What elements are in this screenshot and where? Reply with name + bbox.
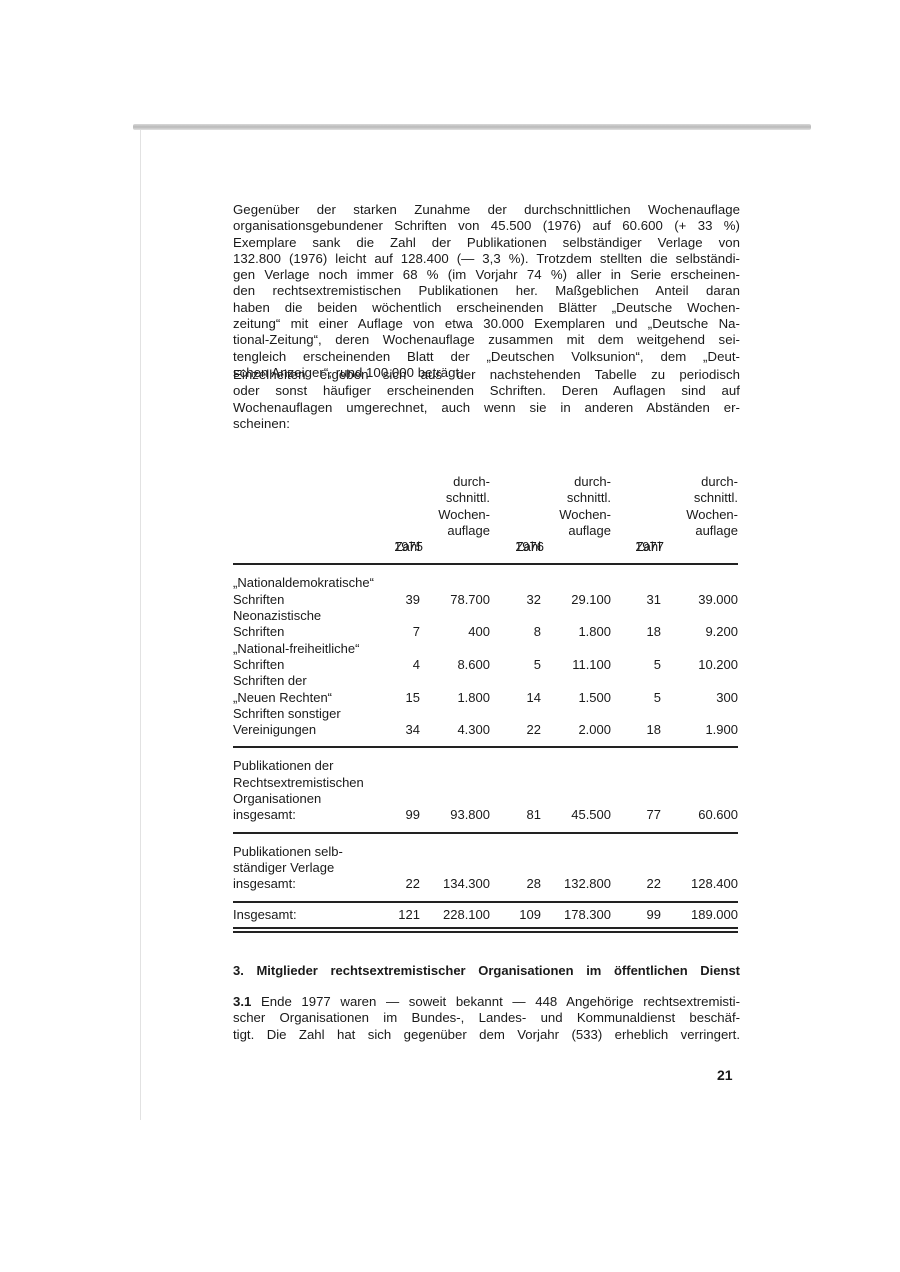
row-label-line: Vereinigungen — [233, 722, 383, 738]
row-label-line: Organisationen — [233, 791, 383, 807]
header-line: schnittl. — [541, 490, 611, 506]
text-line: gen Verlage noch immer 68 % (im Vorjahr … — [233, 267, 740, 283]
text-line: haben die beiden wöchentlich erscheinend… — [233, 300, 740, 316]
text-line: 132.800 (1976) leicht auf 128.400 (— 3,3… — [233, 251, 740, 267]
zahl-value: 22 — [490, 706, 541, 739]
row-label: Publikationen derRechtsextremistischenOr… — [233, 758, 383, 823]
table-row: Schriften der„Neuen Rechten“151.800141.5… — [233, 673, 738, 706]
row-label: Schriften der„Neuen Rechten“ — [233, 673, 383, 706]
table-row: Publikationen derRechtsextremistischenOr… — [233, 758, 738, 823]
auflage-value: 78.700 — [420, 575, 490, 608]
auflage-value: 29.100 — [541, 575, 611, 608]
zahl-value: 22 — [383, 844, 420, 893]
auflage-value: 1.800 — [541, 608, 611, 641]
auflage-value: 300 — [661, 673, 738, 706]
header-label-cell — [233, 474, 383, 555]
auflage-value: 132.800 — [541, 844, 611, 893]
section-paragraph: 3.1 Ende 1977 waren — soweit bekannt — 4… — [233, 994, 740, 1043]
zahl-value: 22 — [611, 844, 661, 893]
text-line: Einzelheiten ergeben sich aus der nachst… — [233, 367, 740, 383]
text-line: 3.1 Ende 1977 waren — soweit bekannt — 4… — [233, 994, 740, 1010]
sub-section-number: 3.1 — [233, 994, 251, 1009]
text-line: zeitung“ mit einer Auflage von etwa 30.0… — [233, 316, 740, 332]
text-line: scheinen: — [233, 416, 740, 432]
zahl-value: 5 — [490, 641, 541, 674]
header-line: auflage — [541, 523, 611, 539]
text-line: tigt. Die Zahl hat sich gegenüber dem Vo… — [233, 1027, 740, 1043]
auflage-total: 178.300 — [541, 907, 611, 923]
zahl-value: 5 — [611, 673, 661, 706]
zahl-value: 5 — [611, 641, 661, 674]
auflage-value: 134.300 — [420, 844, 490, 893]
row-label-line: Schriften — [233, 657, 383, 673]
zahl-total: 99 — [611, 907, 661, 923]
row-label-line: Schriften sonstiger — [233, 706, 383, 722]
row-label-line: Publikationen der — [233, 758, 383, 774]
auflage-value: 400 — [420, 608, 490, 641]
header-year: 1975 — [394, 539, 490, 555]
row-label-line: insgesamt: — [233, 807, 383, 823]
page-number: 21 — [717, 1067, 733, 1083]
auflage-value: 11.100 — [541, 641, 611, 674]
zahl-value: 4 — [383, 641, 420, 674]
table-header-row: Zahldurch-schnittl.Wochen-auflage1975Zah… — [233, 474, 738, 555]
text-line: tional-Zeitung“, deren Wochenauflage zus… — [233, 332, 740, 348]
auflage-total: 228.100 — [420, 907, 490, 923]
header-auflage: durch-schnittl.Wochen-auflage1975 — [420, 474, 490, 555]
row-label-line: insgesamt: — [233, 876, 383, 892]
table-total-row: Insgesamt:121228.100109178.30099189.000 — [233, 907, 738, 923]
table-row: „Nationaldemokratische“Schriften3978.700… — [233, 575, 738, 608]
text-line: tengleich erscheinenden Blatt der „Deuts… — [233, 349, 740, 365]
row-label-line: „Neuen Rechten“ — [233, 690, 383, 706]
zahl-value: 7 — [383, 608, 420, 641]
header-line: auflage — [661, 523, 738, 539]
header-line: Wochen- — [541, 507, 611, 523]
auflage-value: 1.900 — [661, 706, 738, 739]
header-auflage: durch-schnittl.Wochen-auflage1977 — [661, 474, 738, 555]
header-year: 1977 — [635, 539, 738, 555]
text-line: scher Organisationen im Bundes-, Landes-… — [233, 1010, 740, 1026]
header-line: durch- — [661, 474, 738, 490]
text-line: den rechtsextremistischen Publikationen … — [233, 283, 740, 299]
auflage-total: 189.000 — [661, 907, 738, 923]
zahl-value: 81 — [490, 758, 541, 823]
page-top-edge — [133, 124, 811, 130]
table-double-rule — [233, 928, 738, 932]
zahl-value: 99 — [383, 758, 420, 823]
row-label-line: Rechtsextremistischen — [233, 775, 383, 791]
auflage-value: 9.200 — [661, 608, 738, 641]
header-line: Wochen- — [661, 507, 738, 523]
auflage-value: 10.200 — [661, 641, 738, 674]
zahl-value: 34 — [383, 706, 420, 739]
auflage-value: 128.400 — [661, 844, 738, 893]
zahl-total: 109 — [490, 907, 541, 923]
row-label: Publikationen selb-ständiger Verlageinsg… — [233, 844, 383, 893]
auflage-value: 1.800 — [420, 673, 490, 706]
zahl-value: 8 — [490, 608, 541, 641]
header-line: durch- — [541, 474, 611, 490]
row-label-line: Schriften — [233, 592, 383, 608]
header-line: Wochen- — [420, 507, 490, 523]
row-label: „National-freiheitliche“Schriften — [233, 641, 383, 674]
row-label-line: Publikationen selb- — [233, 844, 383, 860]
text-line: Wochenauflagen umgerechnet, auch wenn si… — [233, 400, 740, 416]
row-label-line: Neonazistische — [233, 608, 383, 624]
text-line: Gegenüber der starken Zunahme der durchs… — [233, 202, 740, 218]
zahl-value: 28 — [490, 844, 541, 893]
auflage-value: 39.000 — [661, 575, 738, 608]
table-row: Publikationen selb-ständiger Verlageinsg… — [233, 844, 738, 893]
row-label-line: „National-freiheitliche“ — [233, 641, 383, 657]
zahl-value: 14 — [490, 673, 541, 706]
table-intro-paragraph: Einzelheiten ergeben sich aus der nachst… — [233, 367, 740, 432]
auflage-value: 45.500 — [541, 758, 611, 823]
header-line: durch- — [420, 474, 490, 490]
zahl-value: 18 — [611, 706, 661, 739]
auflage-value: 93.800 — [420, 758, 490, 823]
auflage-value: 2.000 — [541, 706, 611, 739]
text-line: organisationsgebundener Schriften von 45… — [233, 218, 740, 234]
row-label: Schriften sonstigerVereinigungen — [233, 706, 383, 739]
text-line: oder sonst häufiger erscheinenden Schrif… — [233, 383, 740, 399]
zahl-value: 39 — [383, 575, 420, 608]
zahl-total: 121 — [383, 907, 420, 923]
table-row: „National-freiheitliche“Schriften48.6005… — [233, 641, 738, 674]
row-label-line: ständiger Verlage — [233, 860, 383, 876]
row-label: NeonazistischeSchriften — [233, 608, 383, 641]
row-label-line: Schriften der — [233, 673, 383, 689]
row-label-line: „Nationaldemokratische“ — [233, 575, 383, 591]
header-line: schnittl. — [661, 490, 738, 506]
row-label: „Nationaldemokratische“Schriften — [233, 575, 383, 608]
zahl-value: 18 — [611, 608, 661, 641]
auflage-value: 60.600 — [661, 758, 738, 823]
header-year: 1976 — [515, 539, 611, 555]
circulation-table: Zahldurch-schnittl.Wochen-auflage1975Zah… — [233, 474, 738, 933]
text-line: Exemplare sank die Zahl der Publikatione… — [233, 235, 740, 251]
section-heading: 3. Mitglieder rechtsextremistischer Orga… — [233, 963, 740, 978]
header-auflage: durch-schnittl.Wochen-auflage1976 — [541, 474, 611, 555]
row-label-line: Schriften — [233, 624, 383, 640]
table-row: NeonazistischeSchriften740081.800189.200 — [233, 608, 738, 641]
header-line: schnittl. — [420, 490, 490, 506]
auflage-value: 4.300 — [420, 706, 490, 739]
zahl-value: 32 — [490, 575, 541, 608]
header-line: auflage — [420, 523, 490, 539]
zahl-value: 77 — [611, 758, 661, 823]
page-left-edge — [140, 130, 141, 1120]
table-row: Schriften sonstigerVereinigungen344.3002… — [233, 706, 738, 739]
zahl-value: 31 — [611, 575, 661, 608]
intro-paragraph: Gegenüber der starken Zunahme der durchs… — [233, 202, 740, 381]
auflage-value: 8.600 — [420, 641, 490, 674]
zahl-value: 15 — [383, 673, 420, 706]
total-label: Insgesamt: — [233, 907, 383, 923]
auflage-value: 1.500 — [541, 673, 611, 706]
